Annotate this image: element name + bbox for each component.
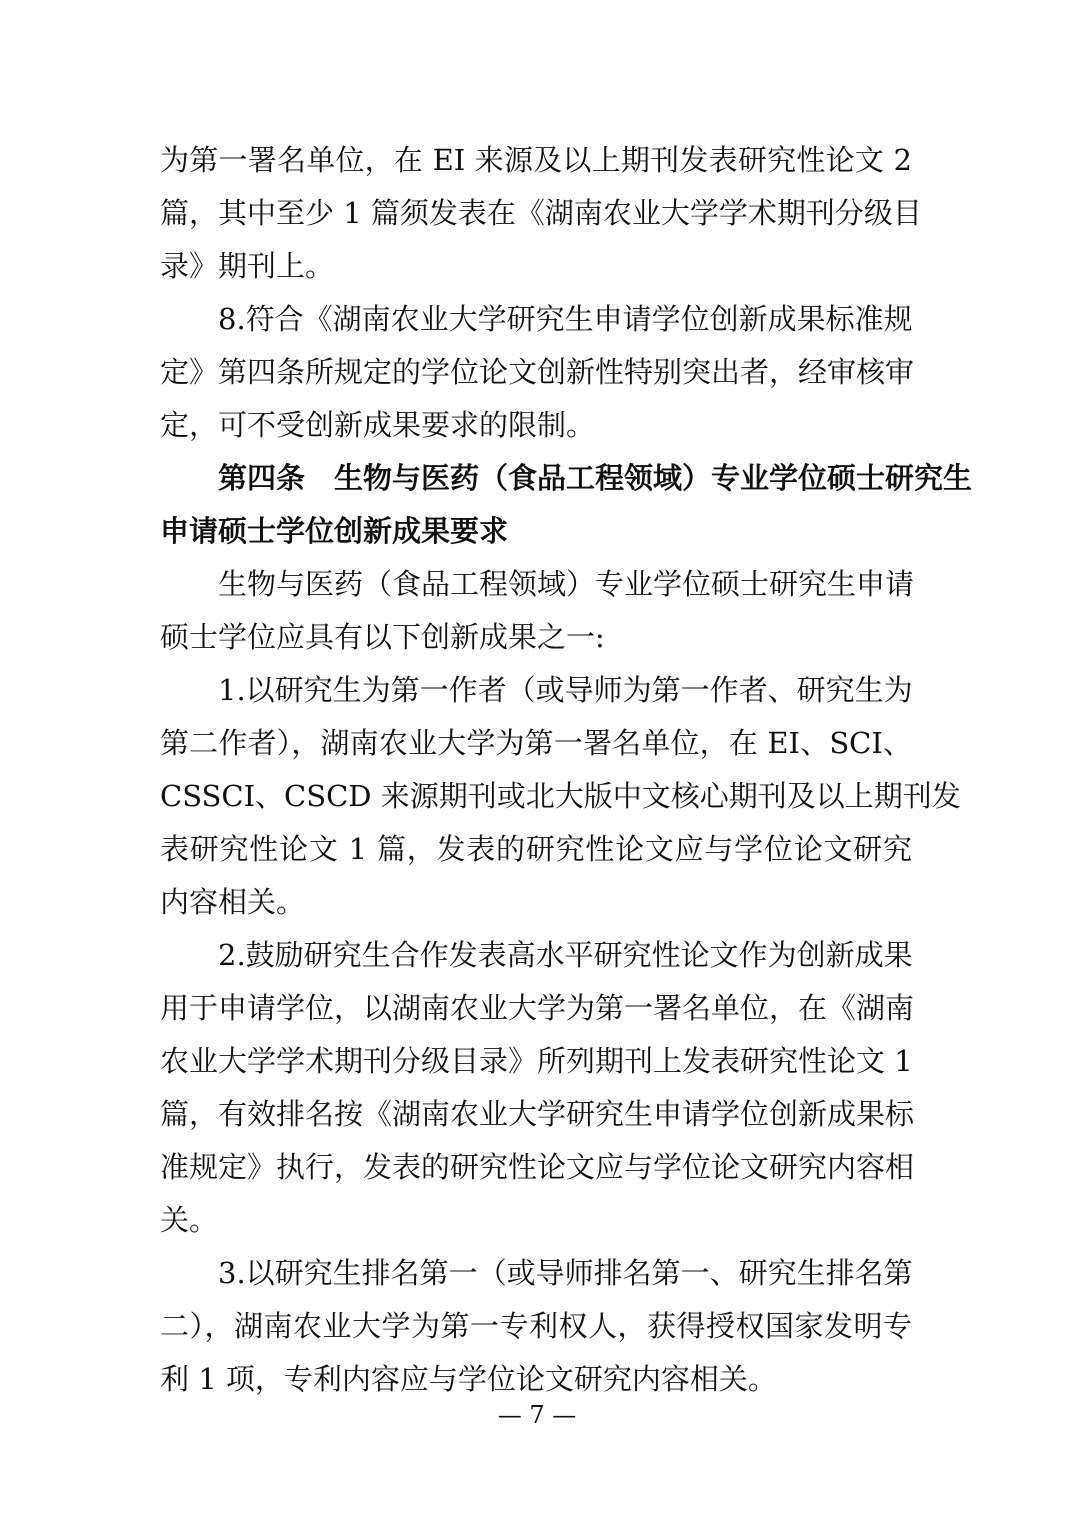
- text-line: 2.鼓励研究生合作发表高水平研究性论文作为创新成果: [218, 935, 912, 975]
- text-line: 3.以研究生排名第一（或导师排名第一、研究生排名第: [218, 1253, 912, 1293]
- page-number: — 7 —: [0, 1400, 1074, 1430]
- heading-line: 第四条 生物与医药（食品工程领域）专业学位硕士研究生: [218, 458, 912, 498]
- text-line: 篇，有效排名按《湖南农业大学研究生申请学位创新成果标: [160, 1094, 912, 1134]
- text-line: 为第一署名单位，在 EI 来源及以上期刊发表研究性论文 2: [160, 140, 912, 180]
- text-line: 8.符合《湖南农业大学研究生申请学位创新成果标准规: [218, 299, 912, 339]
- text-line: 1.以研究生为第一作者（或导师为第一作者、研究生为: [218, 670, 912, 710]
- text-line: CSSCI、CSCD 来源期刊或北大版中文核心期刊及以上期刊发: [160, 776, 912, 816]
- article-title: 生物与医药（食品工程领域）专业学位硕士研究生: [334, 461, 972, 495]
- text-line: 定》第四条所规定的学位论文创新性特别突出者，经审核审: [160, 352, 912, 392]
- text-line: 硕士学位应具有以下创新成果之一:: [160, 617, 912, 657]
- text-line: 内容相关。: [160, 882, 912, 922]
- document-page: 为第一署名单位，在 EI 来源及以上期刊发表研究性论文 2 篇，其中至少 1 篇…: [0, 0, 1074, 1520]
- text-line: 农业大学学术期刊分级目录》所列期刊上发表研究性论文 1: [160, 1041, 912, 1081]
- text-line: 录》期刊上。: [160, 246, 912, 286]
- text-line: 生物与医药（食品工程领域）专业学位硕士研究生申请: [218, 564, 912, 604]
- text-line: 准规定》执行，发表的研究性论文应与学位论文研究内容相: [160, 1147, 912, 1187]
- text-line: 第二作者），湖南农业大学为第一署名单位，在 EI、SCI、: [160, 723, 912, 763]
- text-line: 定，可不受创新成果要求的限制。: [160, 405, 912, 445]
- text-line: 二），湖南农业大学为第一专利权人，获得授权国家发明专: [160, 1306, 912, 1346]
- article-label: 第四条: [218, 461, 305, 495]
- text-line: 关。: [160, 1200, 912, 1240]
- text-line: 用于申请学位，以湖南农业大学为第一署名单位，在《湖南: [160, 988, 912, 1028]
- text-line: 利 1 项，专利内容应与学位论文研究内容相关。: [160, 1359, 912, 1399]
- heading-line: 申请硕士学位创新成果要求: [160, 511, 912, 551]
- text-line: 篇，其中至少 1 篇须发表在《湖南农业大学学术期刊分级目: [160, 193, 912, 233]
- text-line: 表研究性论文 1 篇，发表的研究性论文应与学位论文研究: [160, 829, 912, 869]
